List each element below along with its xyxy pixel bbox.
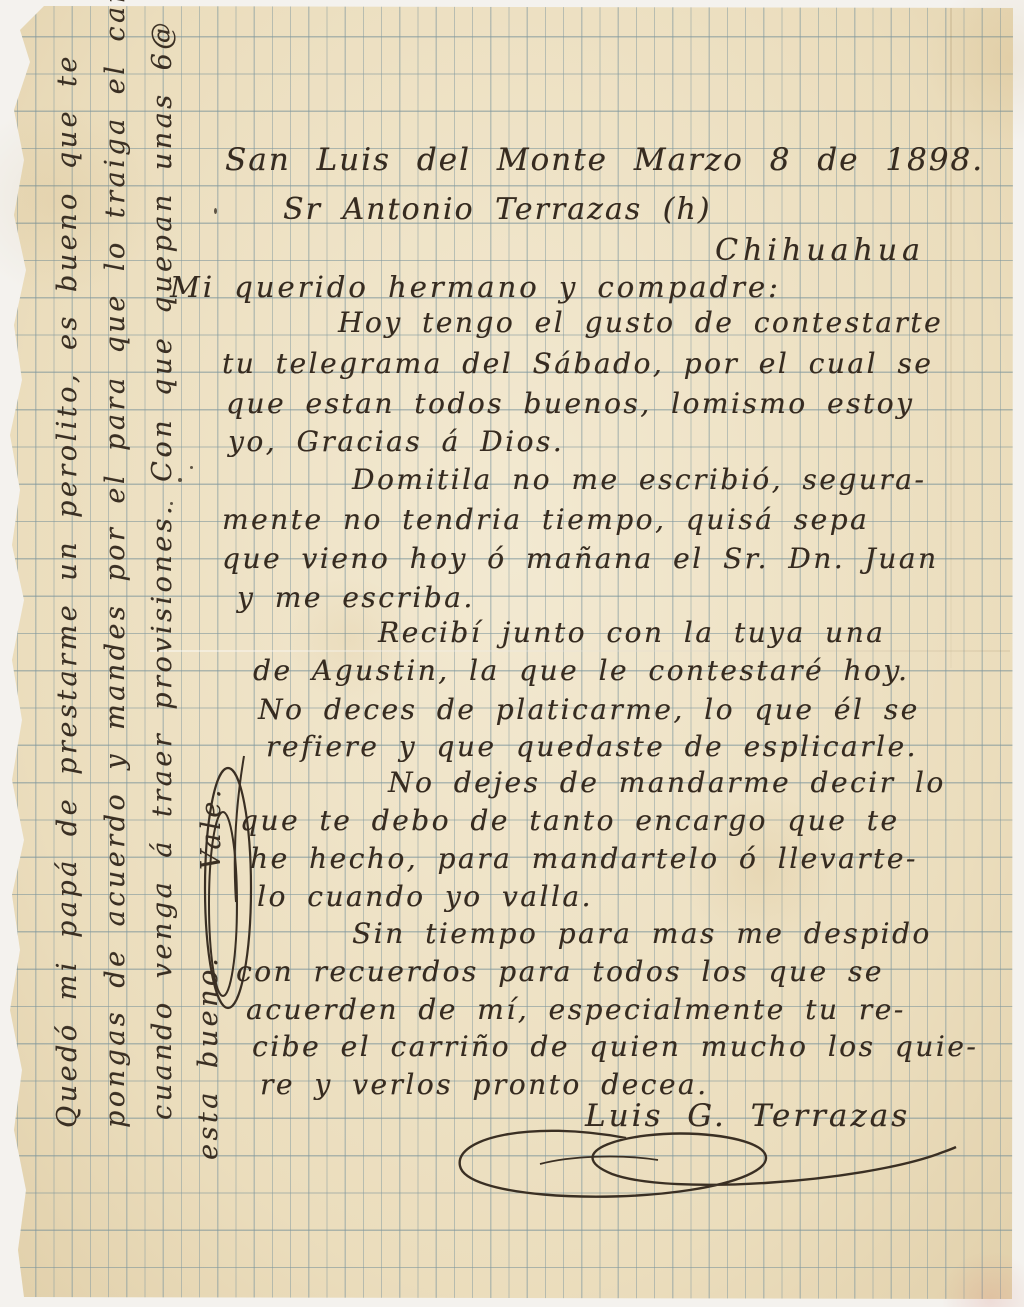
letter-line: re y verlos pronto decea. bbox=[260, 1068, 708, 1101]
ink-speck bbox=[166, 452, 170, 456]
ink-speck bbox=[178, 478, 182, 482]
ink-speck bbox=[214, 208, 217, 214]
letter-addressee: Sr Antonio Terrazas (h) bbox=[283, 192, 711, 227]
letter-line: refiere y que quedaste de esplicarle. bbox=[266, 730, 918, 763]
letter-line: Domitila no me escribió, segura- bbox=[352, 463, 926, 496]
letter-line: No deces de platicarme, lo que él se bbox=[258, 693, 920, 726]
letter-place: Chihuahua bbox=[715, 233, 925, 268]
letter-line: acuerden de mí, especialmente tu re- bbox=[246, 993, 906, 1026]
letter-line: tu telegrama del Sábado, por el cual se bbox=[222, 347, 933, 380]
letter-line: mente no tendria tiempo, quisá sepa bbox=[222, 503, 869, 536]
paper-crease-horizontal bbox=[150, 650, 1010, 652]
letter-line: yo, Gracias á Dios. bbox=[228, 425, 564, 458]
signature-rubric-flourish bbox=[390, 1116, 962, 1212]
letter-line: Hoy tengo el gusto de contestarte bbox=[338, 306, 943, 339]
letter-line: que vieno hoy ó mañana el Sr. Dn. Juan bbox=[222, 542, 939, 575]
paper-crease-vertical bbox=[950, 8, 952, 668]
letter-salutation: Mi querido hermano y compadre: bbox=[170, 270, 781, 304]
letter-scan: Quedó mi papá de prestarme un perolito, … bbox=[0, 0, 1024, 1307]
letter-line: y me escriba. bbox=[237, 581, 475, 614]
margin-note-line: pongas de acuerdo y mandes por el para q… bbox=[100, 0, 131, 1128]
ink-speck bbox=[190, 466, 193, 469]
margin-note-line: Quedó mi papá de prestarme un perolito, … bbox=[52, 53, 83, 1128]
ink-speck bbox=[170, 502, 173, 505]
letter-line: Recibí junto con la tuya una bbox=[378, 616, 885, 649]
letter-line: de Agustin, la que le contestaré hoy. bbox=[253, 654, 909, 687]
letter-line: cibe el carriño de quien mucho los quie- bbox=[252, 1030, 978, 1063]
letter-line: Sin tiempo para mas me despido bbox=[352, 917, 932, 950]
letter-line: No dejes de mandarme decir lo bbox=[388, 766, 946, 799]
letter-line: que estan todos buenos, lomismo estoy bbox=[226, 387, 914, 420]
letter-line: he hecho, para mandartelo ó llevarte- bbox=[250, 842, 918, 875]
margin-note-line: cuando venga á traer provisiones. Con qu… bbox=[147, 19, 178, 1120]
letter-dateline: San Luis del Monte Marzo 8 de 1898. bbox=[225, 142, 984, 178]
letter-line: lo cuando yo valla. bbox=[257, 880, 593, 913]
letter-line: que te debo de tanto encargo que te bbox=[240, 804, 900, 837]
letter-line: con recuerdos para todos los que se bbox=[236, 955, 884, 988]
